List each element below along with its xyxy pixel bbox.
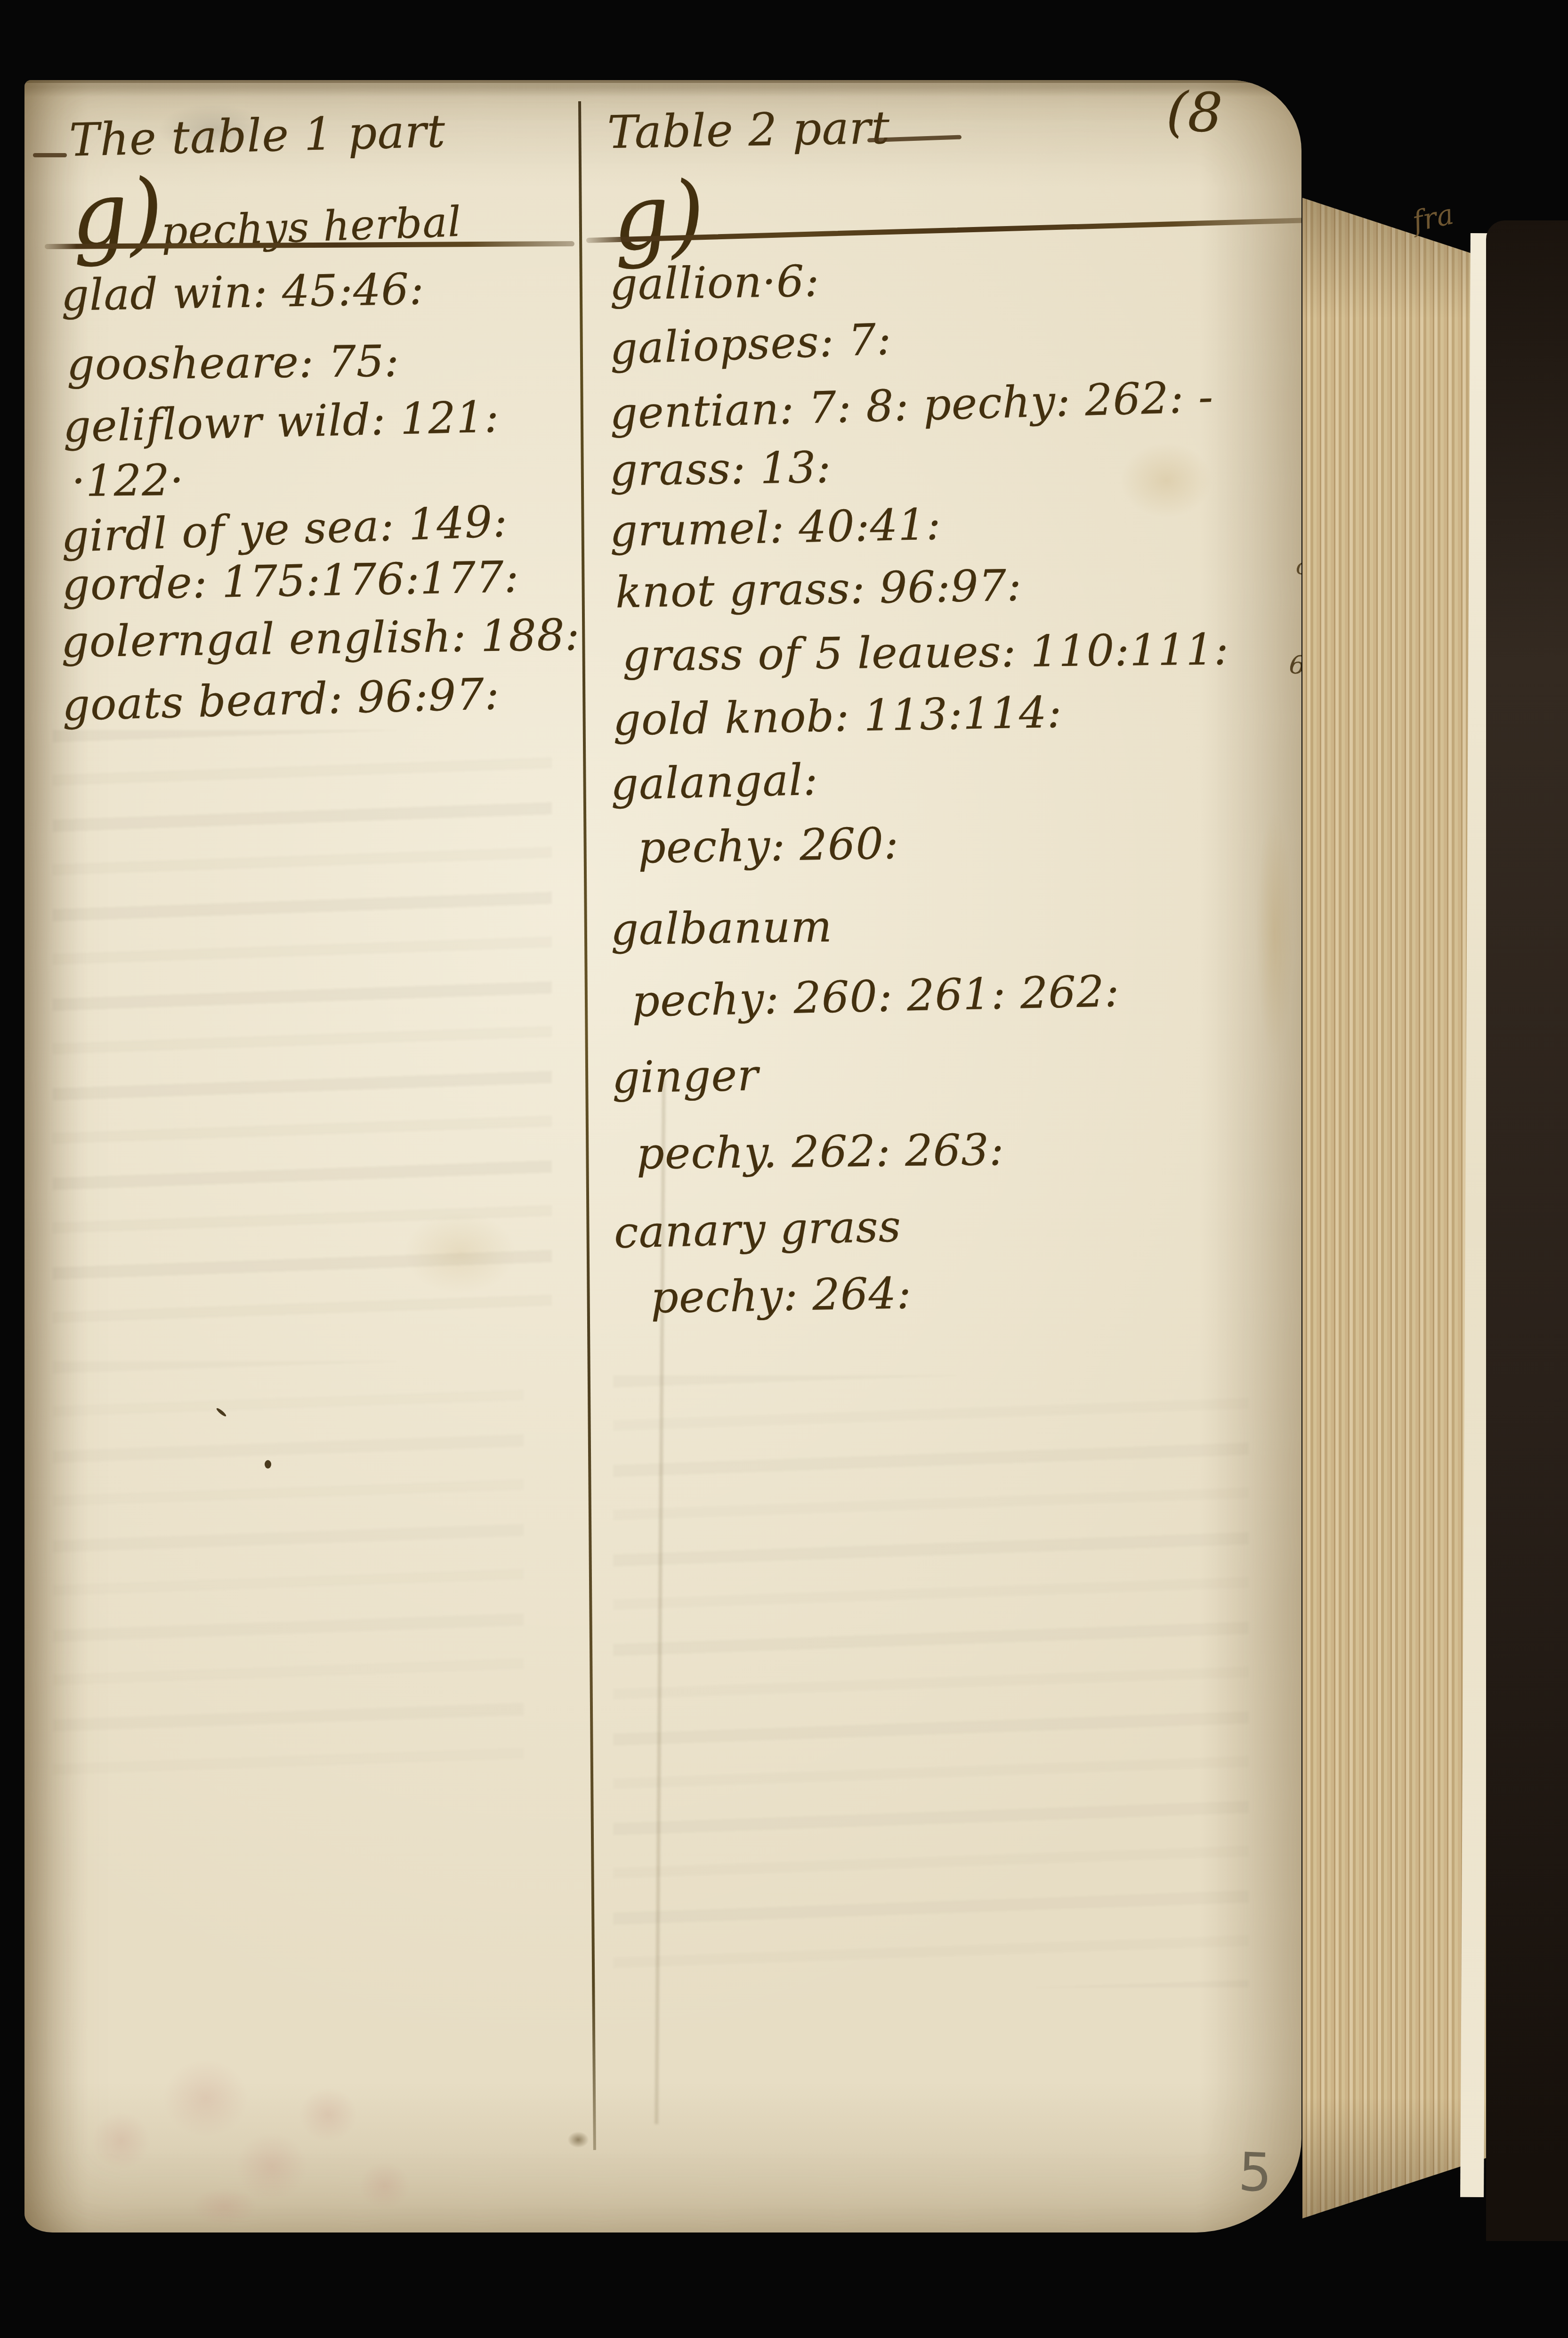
- fore-edge-page-stack: [1302, 198, 1487, 2218]
- table-entry: galbanum: [610, 905, 832, 952]
- table-entry: galiopses: 7:: [609, 318, 892, 371]
- table-entry: canary grass: [614, 1205, 902, 1255]
- stain: [1249, 763, 1301, 1102]
- heading-dash: [33, 153, 67, 157]
- manuscript-page: The table 1 part g) pechys herbal glad w…: [24, 80, 1301, 2232]
- table-entry: geliflowr wild: 121:: [63, 396, 500, 449]
- table-entry: grumel: 40:41:: [609, 503, 941, 553]
- ghost-show-through-text: [613, 1375, 1249, 1988]
- table-entry: gorde: 175:176:177:: [62, 556, 519, 607]
- table-entry: goosheare: 75:: [67, 340, 400, 386]
- stain: [288, 2077, 368, 2152]
- table-entry: pechy: 264:: [650, 1272, 912, 1320]
- table-entry: grass: 13:: [609, 446, 832, 493]
- table-entry: grass of 5 leaues: 110:111:: [622, 628, 1229, 677]
- table-entry: pechy. 262: 263:: [637, 1128, 1005, 1176]
- stain: [349, 2152, 420, 2218]
- photographed-book: The table 1 part g) pechys herbal glad w…: [0, 0, 1568, 2338]
- table-entry: gentian: 7: 8: pechy: 262: -: [609, 375, 1214, 436]
- table-entry: ginger: [612, 1054, 759, 1099]
- ghost-show-through-text: [53, 1361, 524, 1785]
- stain: [1103, 429, 1230, 532]
- leather-cover: [1486, 220, 1568, 2241]
- table-entry: ·122·: [72, 459, 185, 503]
- folio-page-number: (8: [1165, 85, 1224, 141]
- fore-edge-label: fra: [1410, 198, 1456, 238]
- column-divider-line: [578, 101, 596, 2150]
- table-entry: gallion·6:: [609, 260, 820, 307]
- table-entry: gold knob: 113:114:: [613, 691, 1062, 742]
- ink-blot: [564, 2129, 592, 2151]
- table-entry: girdl of ye sea: 149:: [61, 500, 509, 559]
- table-entry: glad win: 45:46:: [61, 268, 425, 317]
- table-entry: knot grass: 96:97:: [615, 564, 1022, 614]
- margin-mark: o: [1296, 556, 1301, 577]
- right-column-initial: g): [609, 169, 709, 264]
- table-entry: golerngal english: 188:: [61, 613, 580, 664]
- stain: [81, 2101, 161, 2181]
- pencil-folio-number: 5: [1237, 2142, 1273, 2204]
- ghost-show-through-text: [53, 730, 552, 1323]
- stain: [180, 2181, 269, 2232]
- right-column-title: Table 2 part: [607, 105, 890, 155]
- table-entry: goats beard: 96:97:: [62, 673, 500, 727]
- table-entry: galangal:: [610, 758, 819, 807]
- left-column-title: The table 1 part: [69, 108, 446, 162]
- table-entry: pechy: 260:: [638, 822, 899, 870]
- table-entry: pechy: 260: 261: 262:: [631, 970, 1120, 1023]
- margin-mark: 62.: [1288, 652, 1301, 682]
